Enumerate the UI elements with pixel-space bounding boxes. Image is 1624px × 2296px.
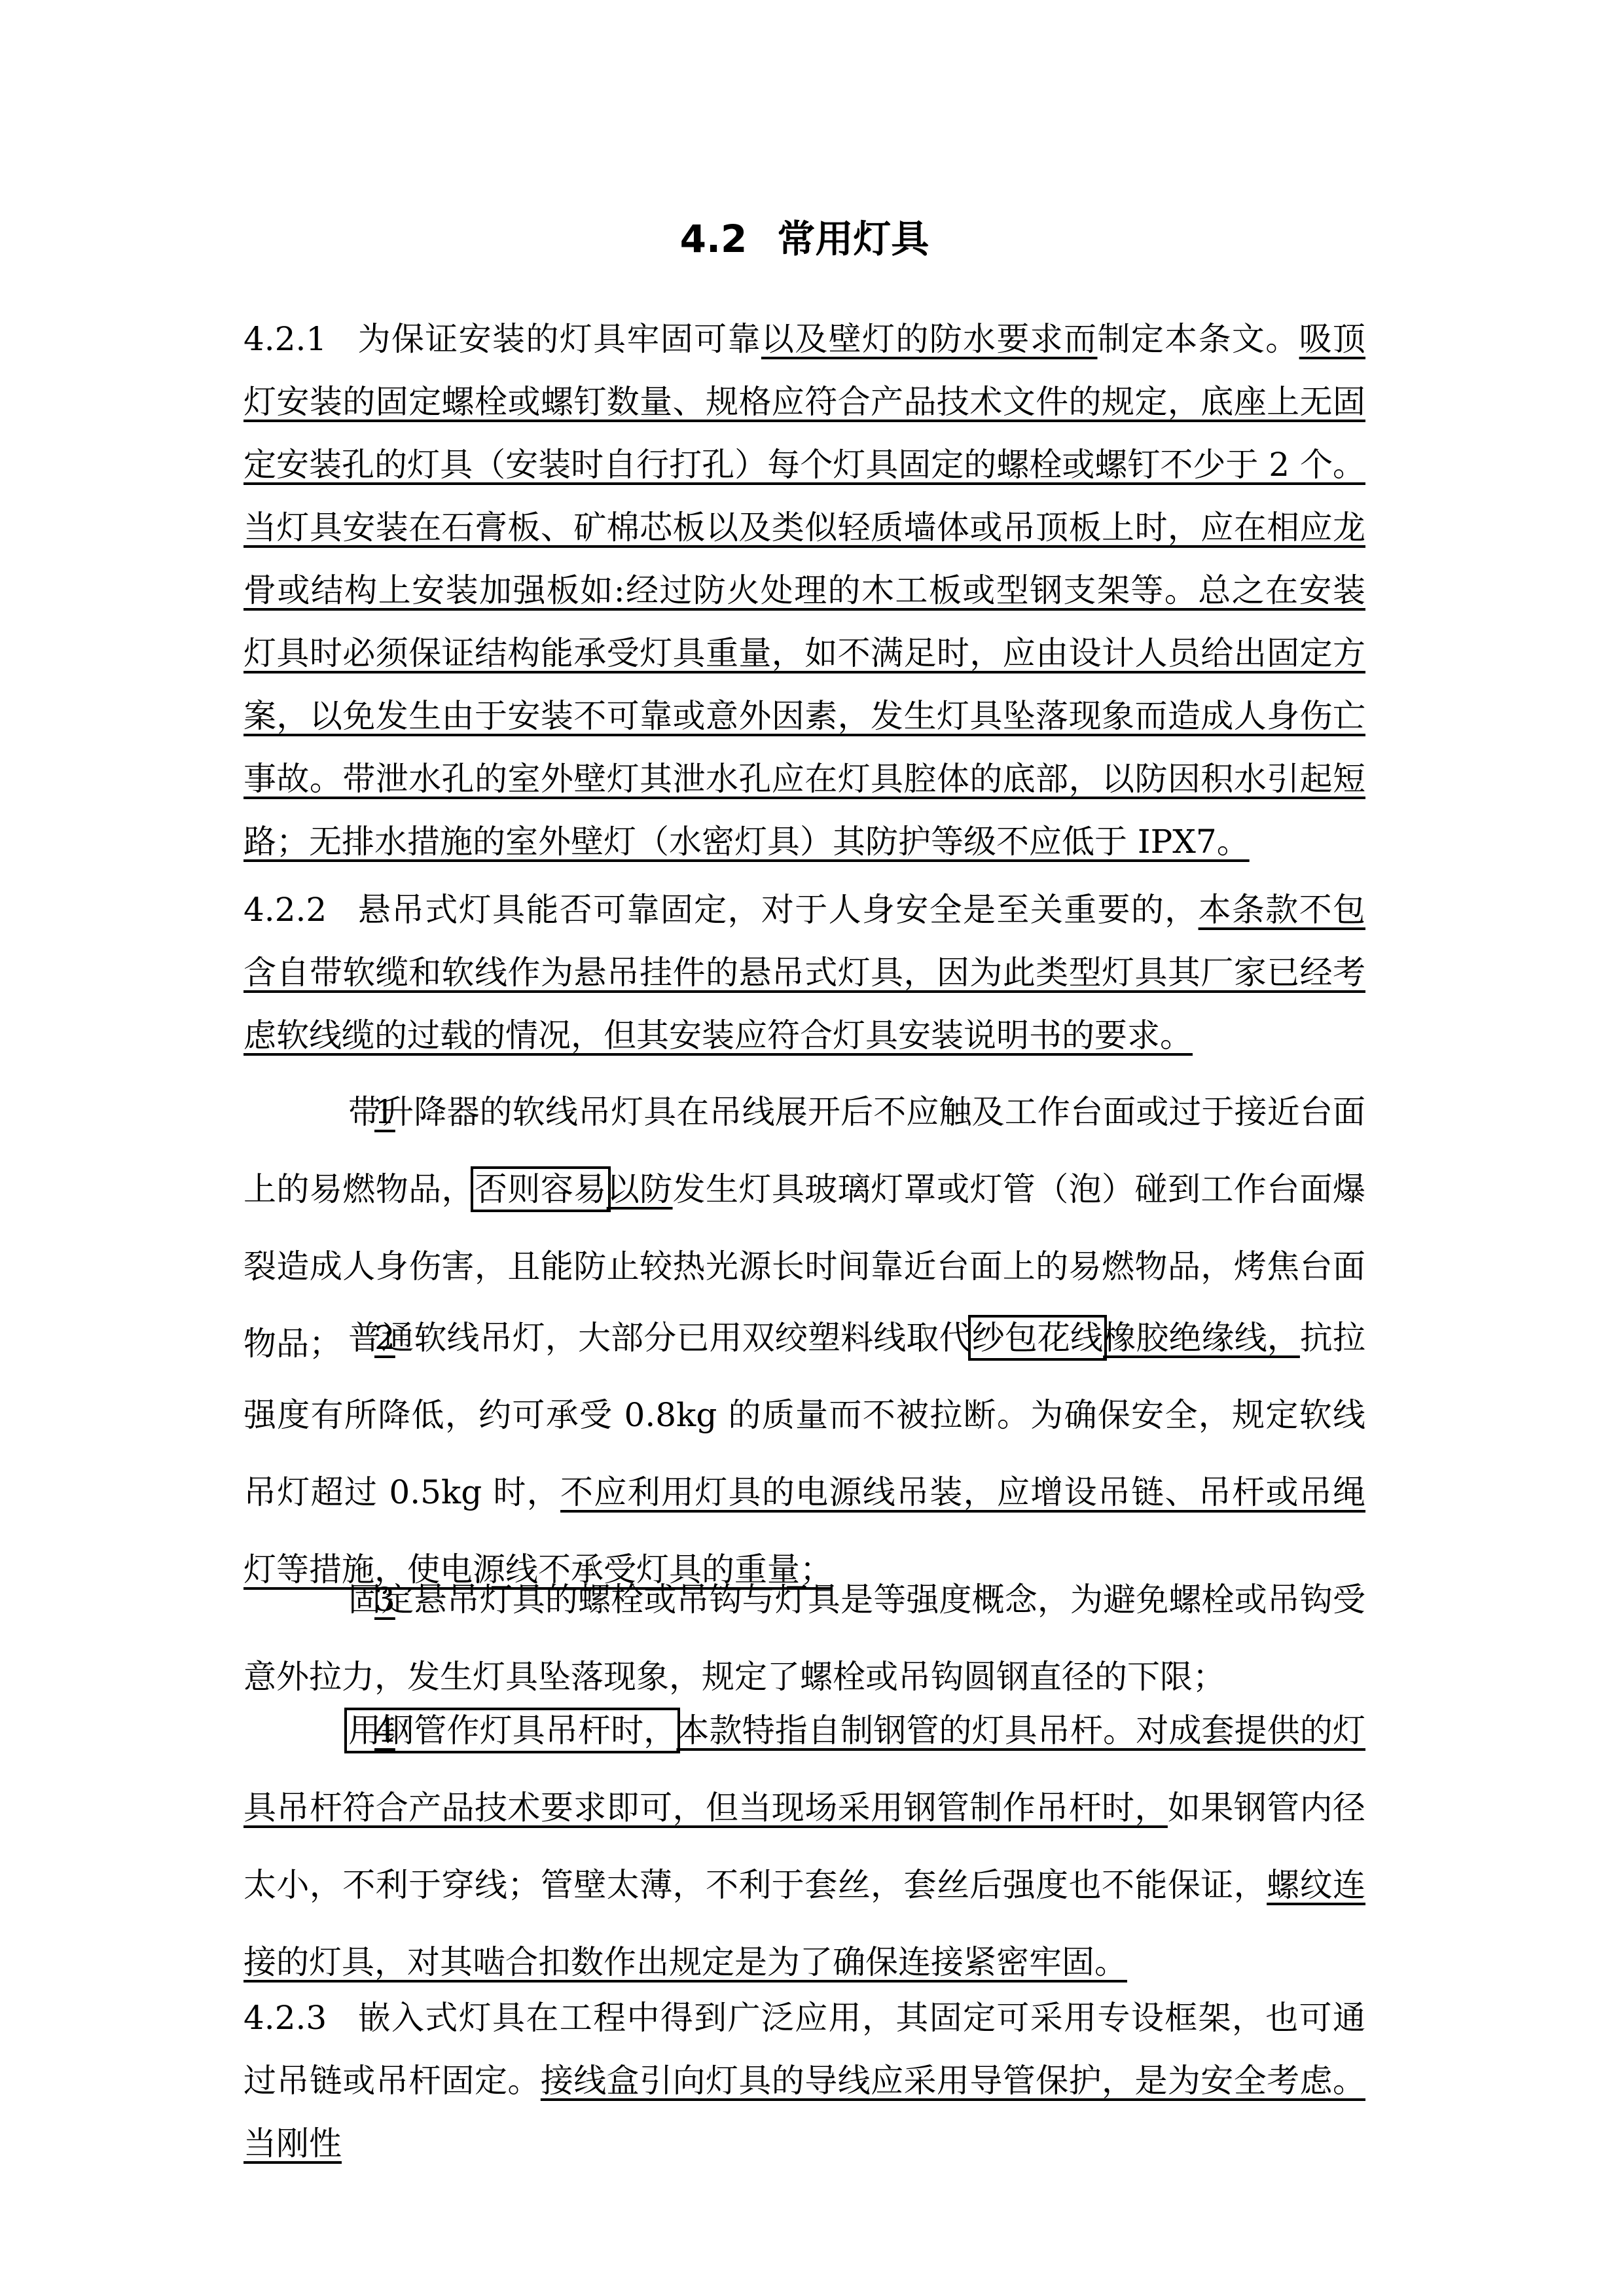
clause-text: 为保证安装的灯具牢固可靠 — [357, 320, 761, 358]
underlined-text: 以防 — [607, 1170, 673, 1208]
section-heading: 常用灯具 — [777, 217, 929, 261]
section-title: 4.2常用灯具 — [244, 209, 1365, 268]
underlined-text: 吸顶灯安装的固定螺栓或螺钉数量、规格应符合产品技术文件的规定，底座上无固定安装孔… — [244, 320, 1365, 861]
item-number: 2 — [309, 1299, 348, 1376]
item-number: 3 — [309, 1561, 348, 1638]
item-number: 4 — [309, 1692, 348, 1769]
clause-number: 4.2.3 — [244, 1999, 327, 2037]
clause-text: 制定本条文。 — [1098, 320, 1299, 358]
item-text: 普通软线吊灯，大部分已用双绞塑料线取代 — [348, 1319, 972, 1357]
list-item-4: 4用钢管作灯具吊杆时，本款特指自制钢管的灯具吊杆。对成套提供的灯具吊杆符合产品技… — [244, 1692, 1365, 2001]
clause-4-2-3: 4.2.3嵌入式灯具在工程中得到广泛应用，其固定可采用专设框架，也可通过吊链或吊… — [244, 1986, 1365, 2175]
clause-text: 悬吊式灯具能否可靠固定，对于人身安全是至关重要的， — [357, 891, 1198, 929]
section-number: 4.2 — [680, 217, 748, 261]
clause-number: 4.2.2 — [244, 891, 327, 929]
underlined-text: 橡胶绝缘线， — [1103, 1319, 1300, 1357]
item-number: 1 — [309, 1073, 348, 1151]
item-text: 固定悬吊灯具的螺栓或吊钩与灯具是等强度概念，为避免螺栓或吊钩受意外拉力，发生灯具… — [244, 1581, 1365, 1696]
clause-number: 4.2.1 — [244, 320, 327, 358]
clause-4-2-1: 4.2.1为保证安装的灯具牢固可靠以及壁灯的防水要求而制定本条文。吸顶灯安装的固… — [244, 308, 1365, 873]
underlined-text: 以及壁灯的防水要求而 — [761, 320, 1098, 358]
boxed-deleted-text: 纱包花线 — [972, 1319, 1104, 1357]
clause-4-2-2: 4.2.2悬吊式灯具能否可靠固定，对于人身安全是至关重要的，本条款不包含自带软缆… — [244, 878, 1365, 1067]
boxed-deleted-text: 用钢管作灯具吊杆时， — [348, 1712, 676, 1749]
boxed-deleted-text: 否则容易 — [475, 1170, 607, 1208]
